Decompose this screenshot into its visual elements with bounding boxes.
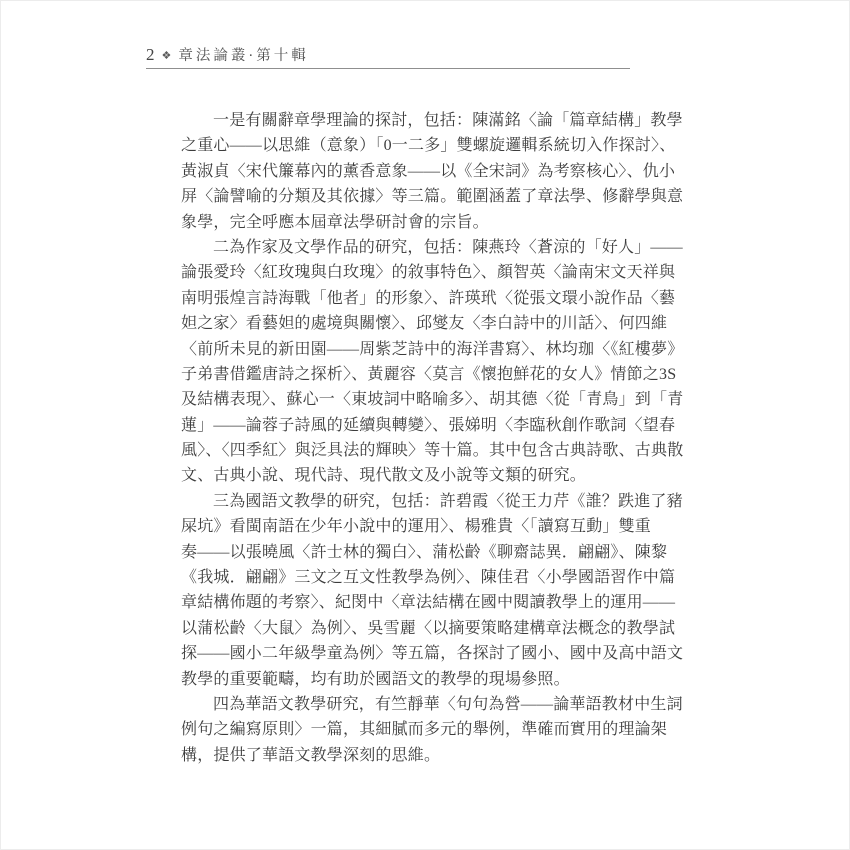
paragraph: 四為華語文教學研究，有竺靜華〈句句為營——論華語教材中生詞例句之編寫原則〉一篇，… [181, 692, 681, 768]
text-line: 南明張煌言詩海戰「他者」的形象〉、許瑛玳〈從張文環小說作品〈藝 [181, 286, 681, 311]
text-line: 以蒲松齡〈大鼠〉為例〉、吳雪麗〈以摘要策略建構章法概念的教學試 [181, 616, 681, 641]
running-title: 章法論叢·第十輯 [178, 44, 308, 65]
text-line: 文、古典小說、現代詩、現代散文及小說等文類的研究。 [181, 463, 681, 488]
diamond-icon: ❖ [162, 49, 172, 62]
text-line: 〈前所未見的新田園——周紫芝詩中的海洋書寫〉、林均珈〈《紅樓夢》 [181, 337, 681, 362]
text-line: 二為作家及文學作品的研究，包括：陳燕玲〈蒼涼的「好人」—— [181, 235, 681, 260]
text-line: 章結構佈題的考察〉、紀閔中〈章法結構在國中閱讀教學上的運用—— [181, 590, 681, 615]
text-line: 論張愛玲〈紅玫瑰與白玫瑰〉的敘事特色〉、顏智英〈論南宋文天祥與 [181, 260, 681, 285]
header-rule [146, 68, 630, 69]
page-number: 2 [146, 45, 155, 65]
text-line: 蓮」——論蓉子詩風的延續與轉變〉、張娣明〈李臨秋創作歌詞〈望春 [181, 413, 681, 438]
paragraph: 二為作家及文學作品的研究，包括：陳燕玲〈蒼涼的「好人」——論張愛玲〈紅玫瑰與白玫… [181, 235, 681, 489]
text-line: 《我城．翩翩》三文之互文性教學為例〉、陳佳君〈小學國語習作中篇 [181, 565, 681, 590]
text-line: 奏——以張曉風〈許士林的獨白〉、蒲松齡《聊齋誌異．翩翩》、陳黎 [181, 540, 681, 565]
paragraph: 三為國語文教學的研究，包括：許碧霞〈從王力芹《誰？跌進了豬屎坑》看閩南語在少年小… [181, 489, 681, 692]
text-line: 黃淑貞〈宋代簾幕內的薰香意象——以《全宋詞》為考察核心〉、仇小 [181, 159, 681, 184]
text-line: 屏〈論譬喻的分類及其依據〉等三篇。範圍涵蓋了章法學、修辭學與意 [181, 184, 681, 209]
text-line: 四為華語文教學研究，有竺靜華〈句句為營——論華語教材中生詞 [181, 692, 681, 717]
text-line: 三為國語文教學的研究，包括：許碧霞〈從王力芹《誰？跌進了豬 [181, 489, 681, 514]
text-line: 子弟書借鑑唐詩之探析〉、黃麗容〈莫言《懷抱鮮花的女人》情節之3S [181, 362, 681, 387]
text-line: 妲之家〉看藝妲的處境與關懷〉、邱燮友〈李白詩中的川話〉、何四維 [181, 311, 681, 336]
text-line: 教學的重要範疇，均有助於國語文的教學的現場參照。 [181, 667, 681, 692]
text-line: 象學，完全呼應本屆章法學研討會的宗旨。 [181, 210, 681, 235]
text-line: 探——國小二年級學童為例〉等五篇，各探討了國小、國中及高中語文 [181, 641, 681, 666]
text-line: 例句之編寫原則〉一篇，其細膩而多元的舉例，準確而實用的理論架 [181, 717, 681, 742]
text-line: 之重心——以思維（意象）「0一二多」雙螺旋邏輯系統切入作探討〉、 [181, 133, 681, 158]
text-line: 風〉、〈四季紅〉與泛具法的輝映〉等十篇。其中包含古典詩歌、古典散 [181, 438, 681, 463]
text-line: 屎坑》看閩南語在少年小說中的運用〉、楊雅貴〈「讀寫互動」雙重 [181, 514, 681, 539]
text-line: 及結構表現〉、蘇心一〈東坡詞中略喻多〉、胡其德〈從「青鳥」到「青 [181, 387, 681, 412]
book-page: 2 ❖ 章法論叢·第十輯 一是有關辭章學理論的探討，包括：陳滿銘〈論「篇章結構」… [0, 0, 850, 850]
page-body: 一是有關辭章學理論的探討，包括：陳滿銘〈論「篇章結構」教學之重心——以思維（意象… [181, 108, 681, 768]
text-line: 構，提供了華語文教學深刻的思維。 [181, 743, 681, 768]
text-line: 一是有關辭章學理論的探討，包括：陳滿銘〈論「篇章結構」教學 [181, 108, 681, 133]
running-header: 2 ❖ 章法論叢·第十輯 [146, 44, 309, 65]
paragraph: 一是有關辭章學理論的探討，包括：陳滿銘〈論「篇章結構」教學之重心——以思維（意象… [181, 108, 681, 235]
